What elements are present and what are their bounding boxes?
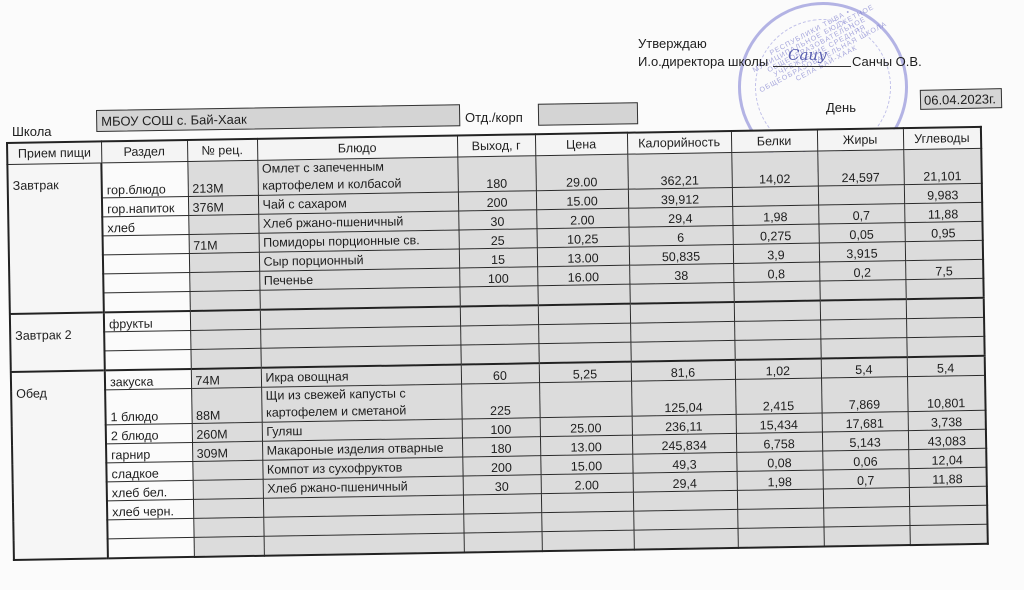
cell-recipe[interactable]: 74М	[191, 368, 261, 389]
cell-yield[interactable]: 25	[459, 229, 537, 249]
cell-price[interactable]	[541, 511, 633, 532]
cell-recipe[interactable]: 309М	[192, 441, 262, 461]
cell-price[interactable]: 2.00	[536, 208, 628, 229]
cell-fat[interactable]	[819, 280, 905, 301]
cell-section[interactable]: сладкое	[106, 461, 192, 481]
cell-yield[interactable]: 200	[462, 456, 540, 476]
cell-fat[interactable]: 0,2	[819, 261, 905, 281]
cell-carbs[interactable]: 9,983	[904, 183, 982, 203]
cell-protein[interactable]	[733, 281, 819, 302]
cell-carbs[interactable]	[905, 278, 983, 299]
cell-fat[interactable]	[818, 185, 904, 205]
cell-calories[interactable]: 125,04	[631, 379, 736, 416]
school-name-field[interactable]: МБОУ СОШ с. Бай-Хаак	[96, 104, 460, 132]
cell-yield[interactable]: 30	[458, 210, 536, 230]
cell-price[interactable]	[538, 342, 630, 363]
cell-section[interactable]: закуска	[105, 369, 191, 390]
cell-section[interactable]: фрукты	[104, 311, 190, 332]
cell-yield[interactable]: 15	[459, 248, 537, 268]
cell-protein[interactable]: 0,8	[733, 262, 819, 282]
cell-carbs[interactable]	[909, 505, 987, 525]
cell-dish[interactable]: Щи из свежей капусты с картофелем и смет…	[261, 384, 462, 422]
cell-price[interactable]: 13.00	[537, 246, 629, 267]
cell-section[interactable]	[104, 291, 190, 312]
cell-price[interactable]: 16.00	[537, 265, 629, 286]
cell-price[interactable]: 25.00	[540, 416, 632, 437]
cell-recipe[interactable]	[193, 498, 263, 518]
cell-yield[interactable]: 225	[461, 383, 540, 419]
cell-price[interactable]: 2.00	[541, 473, 633, 494]
cell-dish[interactable]	[264, 533, 464, 556]
cell-price[interactable]: 29.00	[535, 154, 628, 191]
cell-recipe[interactable]	[188, 214, 258, 234]
cell-fat[interactable]: 5,143	[822, 431, 908, 451]
cell-section[interactable]: хлеб черн.	[107, 499, 193, 519]
cell-yield[interactable]: 180	[462, 437, 540, 457]
menu-table-container: Прием пищиРаздел№ рец.БлюдоВыход, гЦенаК…	[6, 126, 989, 561]
cell-calories[interactable]	[633, 490, 737, 511]
cell-carbs[interactable]	[906, 298, 984, 319]
cell-carbs[interactable]	[906, 317, 984, 337]
cell-yield[interactable]: 30	[463, 475, 541, 495]
cell-price[interactable]: 10,25	[537, 227, 629, 248]
cell-fat[interactable]: 17,681	[822, 412, 908, 432]
column-header-calories: Калорийность	[627, 131, 731, 154]
cell-carbs[interactable]: 21,101	[903, 148, 982, 184]
cell-recipe[interactable]: 71М	[189, 233, 259, 253]
cell-protein[interactable]: 14,02	[731, 151, 818, 187]
cell-fat[interactable]: 3,915	[819, 242, 905, 262]
cell-price[interactable]	[541, 492, 633, 513]
cell-recipe[interactable]	[190, 348, 260, 369]
cell-fat[interactable]: 0,7	[823, 469, 909, 489]
cell-yield[interactable]: 100	[459, 267, 537, 287]
cell-section[interactable]	[104, 330, 190, 350]
cell-recipe[interactable]: 88М	[191, 387, 262, 423]
cell-calories[interactable]	[634, 528, 738, 549]
cell-carbs[interactable]: 0,95	[904, 221, 982, 241]
cell-protein[interactable]: 0,08	[736, 451, 822, 471]
cell-calories[interactable]: 49,3	[632, 452, 736, 473]
column-header-yield: Выход, г	[457, 134, 535, 157]
cell-carbs[interactable]: 10,801	[907, 375, 986, 411]
cell-yield[interactable]	[463, 513, 541, 533]
cell-carbs[interactable]: 11,88	[904, 202, 982, 222]
cell-price[interactable]: 5,25	[539, 362, 631, 383]
director-name: Санчы О.В.	[852, 54, 922, 69]
cell-protein[interactable]	[732, 186, 818, 206]
cell-protein[interactable]	[734, 320, 820, 340]
cell-dish[interactable]: Омлет с запеченным картофелем и колбасой	[257, 157, 458, 195]
cell-section[interactable]: гарнир	[106, 442, 192, 462]
meal-cell: Завтрак 2	[10, 312, 105, 372]
cell-calories[interactable]: 29,4	[633, 471, 737, 492]
cell-recipe[interactable]	[190, 310, 260, 331]
column-header-fat: Жиры	[817, 128, 903, 151]
cell-carbs[interactable]: 3,738	[908, 410, 986, 430]
cell-protein[interactable]	[737, 508, 823, 528]
cell-protein[interactable]: 1,98	[732, 205, 818, 225]
cell-price[interactable]	[542, 530, 634, 551]
cell-yield[interactable]: 200	[458, 191, 536, 211]
cell-fat[interactable]: 0,7	[818, 204, 904, 224]
cell-fat[interactable]	[820, 319, 906, 339]
cell-price[interactable]	[538, 304, 630, 325]
cell-price[interactable]	[537, 284, 629, 305]
cell-calories[interactable]	[633, 509, 737, 530]
cell-calories[interactable]: 39,912	[628, 187, 732, 208]
otd-label: Отд./корп	[465, 110, 523, 125]
column-header-recipe: № рец.	[187, 139, 257, 162]
cell-section[interactable]: гор.блюдо	[101, 161, 188, 197]
cell-yield[interactable]	[463, 494, 541, 514]
cell-recipe[interactable]	[193, 479, 263, 499]
cell-price[interactable]: 13.00	[540, 435, 632, 456]
otd-field[interactable]	[538, 102, 638, 126]
cell-fat[interactable]	[820, 299, 906, 320]
cell-recipe[interactable]	[189, 271, 259, 291]
cell-protein[interactable]: 0,275	[732, 224, 818, 244]
column-header-protein: Белки	[731, 130, 817, 153]
cell-section[interactable]	[103, 234, 189, 254]
cell-fat[interactable]: 7,869	[821, 377, 908, 413]
cell-yield[interactable]: 60	[461, 363, 539, 384]
cell-fat[interactable]	[823, 526, 909, 547]
director-label: И.о.директора школы	[638, 54, 768, 69]
cell-calories[interactable]	[629, 282, 733, 303]
column-header-section: Раздел	[101, 140, 187, 163]
day-label: День	[826, 100, 856, 115]
cell-calories[interactable]: 50,835	[629, 244, 733, 265]
cell-section[interactable]: хлеб	[102, 215, 188, 235]
meal-cell: Завтрак	[7, 163, 103, 314]
cell-section[interactable]	[103, 253, 189, 273]
cell-fat[interactable]: 5,4	[821, 357, 907, 378]
cell-recipe[interactable]: 213М	[187, 160, 258, 196]
cell-yield[interactable]	[460, 344, 538, 365]
cell-price[interactable]: 15.00	[540, 454, 632, 475]
cell-yield[interactable]: 100	[462, 418, 540, 438]
cell-section[interactable]	[103, 272, 189, 292]
cell-section[interactable]: хлеб бел.	[107, 480, 193, 500]
cell-protein[interactable]	[738, 527, 824, 548]
cell-carbs[interactable]: 7,5	[905, 259, 983, 279]
signature: Cauy	[788, 46, 827, 64]
cell-dish[interactable]: Макароные изделия отварные	[262, 438, 462, 460]
cell-fat[interactable]	[820, 338, 906, 359]
approve-label: Утверждаю	[638, 36, 707, 51]
cell-recipe[interactable]	[190, 329, 260, 349]
cell-calories[interactable]	[630, 321, 734, 342]
cell-carbs[interactable]	[909, 486, 987, 506]
cell-protein[interactable]: 6,758	[736, 432, 822, 452]
table-body: Завтракгор.блюдо213МОмлет с запеченным к…	[7, 148, 987, 560]
cell-protein[interactable]: 2,415	[735, 378, 822, 414]
cell-fat[interactable]: 0,05	[818, 223, 904, 243]
cell-section[interactable]	[107, 518, 193, 538]
cell-fat[interactable]	[823, 488, 909, 508]
cell-recipe[interactable]	[194, 536, 264, 557]
cell-recipe[interactable]	[189, 252, 259, 272]
cell-carbs[interactable]: 11,88	[909, 467, 987, 487]
cell-calories[interactable]: 81,6	[631, 360, 735, 381]
cell-fat[interactable]	[823, 507, 909, 527]
cell-protein[interactable]: 1,98	[737, 470, 823, 490]
cell-protein[interactable]: 15,434	[736, 413, 822, 433]
cell-protein[interactable]: 3,9	[733, 243, 819, 263]
cell-yield[interactable]	[460, 325, 538, 345]
cell-section[interactable]: 2 блюдо	[106, 423, 192, 443]
cell-section[interactable]	[108, 537, 194, 558]
cell-price[interactable]	[539, 381, 632, 418]
cell-yield[interactable]	[459, 286, 537, 307]
cell-recipe[interactable]	[193, 517, 263, 537]
cell-price[interactable]	[538, 323, 630, 344]
column-header-price: Цена	[535, 133, 627, 156]
cell-yield[interactable]	[464, 532, 542, 553]
cell-calories[interactable]: 245,834	[632, 433, 736, 454]
cell-recipe[interactable]: 260М	[192, 422, 262, 442]
menu-table: Прием пищиРаздел№ рец.БлюдоВыход, гЦенаК…	[6, 126, 989, 561]
cell-carbs[interactable]: 12,04	[908, 448, 986, 468]
cell-calories[interactable]: 6	[628, 225, 732, 246]
cell-calories[interactable]: 362,21	[627, 152, 732, 189]
cell-carbs[interactable]	[905, 240, 983, 260]
cell-protein[interactable]: 1,02	[735, 359, 821, 380]
date-field[interactable]: 06.04.2023г.	[920, 88, 1002, 110]
cell-price[interactable]: 15.00	[536, 189, 628, 210]
cell-section[interactable]	[104, 349, 190, 370]
cell-protein[interactable]	[737, 489, 823, 509]
meal-cell: Обед	[11, 370, 108, 560]
cell-yield[interactable]: 180	[457, 156, 536, 192]
column-header-carbs: Углеводы	[903, 127, 981, 150]
cell-calories[interactable]	[630, 302, 734, 323]
cell-section[interactable]: 1 блюдо	[105, 388, 192, 424]
cell-protein[interactable]	[734, 339, 820, 360]
cell-carbs[interactable]: 5,4	[907, 356, 985, 377]
column-header-meal: Прием пищи	[7, 141, 101, 164]
cell-recipe[interactable]: 376М	[188, 195, 258, 215]
cell-carbs[interactable]: 43,083	[908, 429, 986, 449]
school-label: Школа	[12, 124, 52, 139]
cell-recipe[interactable]	[192, 460, 262, 480]
cell-calories[interactable]: 38	[629, 263, 733, 284]
cell-calories[interactable]: 29,4	[628, 206, 732, 227]
cell-fat[interactable]: 24,597	[817, 150, 904, 186]
cell-fat[interactable]: 0,06	[822, 450, 908, 470]
signature-line	[773, 66, 851, 67]
cell-section[interactable]: гор.напиток	[102, 196, 188, 216]
cell-protein[interactable]	[734, 301, 820, 322]
cell-yield[interactable]	[460, 305, 538, 326]
cell-carbs[interactable]	[909, 524, 987, 545]
cell-recipe[interactable]	[190, 290, 260, 311]
cell-carbs[interactable]	[906, 336, 984, 357]
cell-calories[interactable]: 236,11	[632, 414, 736, 435]
cell-calories[interactable]	[630, 340, 734, 361]
